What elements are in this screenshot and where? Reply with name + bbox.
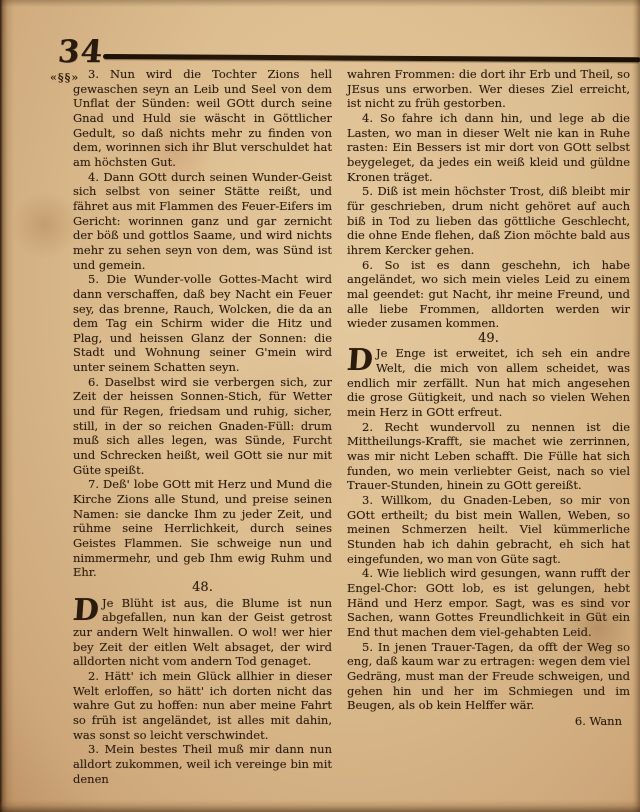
text-column-left: 3. Nun wird die Tochter Zions hell gewas…: [73, 67, 332, 786]
page-edge-left: [0, 0, 14, 812]
paragraph-48-1: DJe Blüht ist aus, die Blume ist nun abg…: [73, 596, 332, 669]
section-heading-49: 49.: [347, 332, 630, 347]
paragraph-47-3: 3. Nun wird die Tochter Zions hell gewas…: [73, 67, 332, 170]
paragraph-47-5: 5. Die Wunder-volle Gottes-Macht wird da…: [73, 272, 332, 375]
drop-cap-49: D: [346, 346, 377, 373]
paragraph-49-1-text: Je Enge ist erweitet, ich seh ein andre …: [347, 346, 630, 419]
paragraph-47-7: 7. Deß' lobe GOtt mit Herz und Mund die …: [73, 477, 332, 580]
paragraph-49-3: 3. Willkom, du Gnaden-Leben, so mir von …: [347, 493, 630, 566]
text-columns: 3. Nun wird die Tochter Zions hell gewas…: [73, 67, 630, 786]
page-edge-bottom: [0, 800, 640, 812]
page-edge-right: [632, 0, 640, 812]
paragraph-47-6: 6. Daselbst wird sie verbergen sich, zur…: [73, 375, 332, 478]
text-column-right: wahren Frommen: die dort ihr Erb und The…: [347, 67, 630, 786]
scanned-book-page: 34 «§§» 3. Nun wird die Tochter Zions he…: [0, 0, 640, 812]
paragraph-48-6: 6. So ist es dann geschehn, ich habe ang…: [347, 258, 630, 331]
header-rule: [103, 54, 640, 62]
page-number: 34: [56, 34, 104, 70]
paragraph-49-5: 5. In jenen Trauer-Tagen, da offt der We…: [347, 640, 630, 713]
catchword: 6. Wann: [347, 714, 630, 729]
paragraph-49-1: DJe Enge ist erweitet, ich seh ein andre…: [347, 346, 630, 419]
section-heading-48: 48.: [73, 581, 332, 596]
paragraph-49-4: 4. Wie lieblich wird gesungen, wann ruff…: [347, 566, 630, 639]
paragraph-48-5: 5. Diß ist mein höchster Trost, diß blei…: [347, 184, 630, 257]
drop-cap-48: D: [72, 596, 103, 623]
paragraph-49-2: 2. Recht wundervoll zu nennen ist die Mi…: [347, 420, 630, 493]
page-edge-top: [0, 0, 640, 7]
paragraph-48-4: 4. So fahre ich dann hin, und lege ab di…: [347, 111, 630, 184]
paragraph-48-3-continuation: wahren Frommen: die dort ihr Erb und The…: [347, 67, 630, 111]
paragraph-47-4: 4. Dann GOtt durch seinen Wunder-Geist s…: [73, 170, 332, 273]
paragraph-48-2: 2. Hätt' ich mein Glück allhier in diese…: [73, 669, 332, 742]
paragraph-48-3: 3. Mein bestes Theil muß mir dann nun al…: [73, 742, 332, 786]
paragraph-48-1-text: Je Blüht ist aus, die Blume ist nun abge…: [73, 596, 332, 669]
